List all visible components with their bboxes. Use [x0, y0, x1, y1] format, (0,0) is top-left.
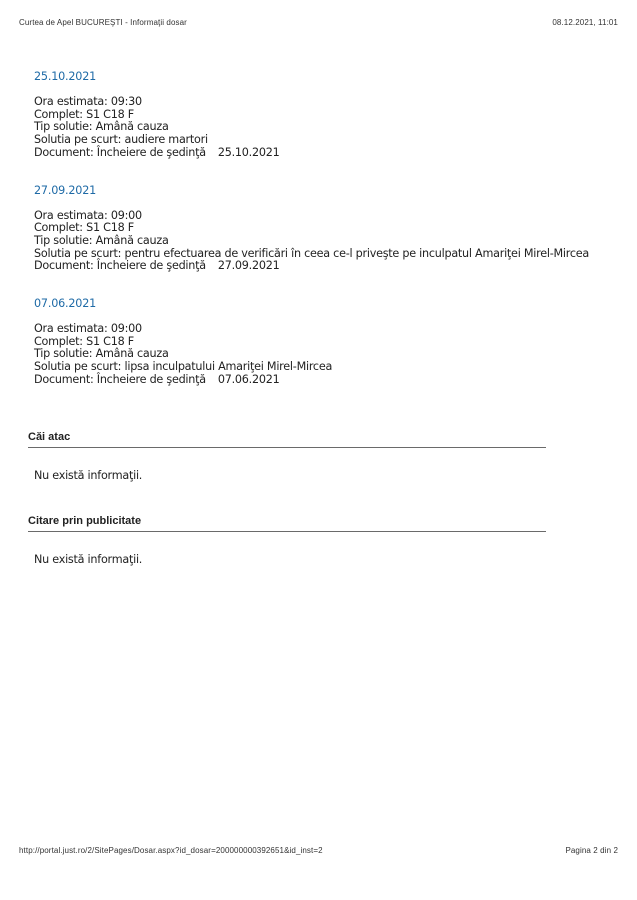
print-header-title: Curtea de Apel BUCUREŞTI - Informaţii do… [19, 18, 187, 27]
print-footer-url: http://portal.just.ro/2/SitePages/Dosar.… [19, 846, 323, 855]
session-document-date: 25.10.2021 [218, 147, 280, 160]
session-item: 07.06.2021 Ora estimata: 09:00 Complet: … [34, 297, 594, 387]
session-document-label: Document: Încheiere de şedinţă [34, 146, 206, 159]
session-ora-estimata: Ora estimata: 09:00 [34, 323, 594, 336]
section-citare-prin-publicitate: Citare prin publicitate Nu există inform… [28, 515, 546, 566]
session-document-label: Document: Încheiere de şedinţă [34, 373, 206, 386]
session-tip-solutie: Tip solutie: Amână cauza [34, 235, 594, 248]
section-title: Căi atac [28, 431, 546, 448]
print-header-datetime: 08.12.2021, 11:01 [552, 18, 618, 27]
session-document: Document: Încheiere de şedinţă07.06.2021 [34, 374, 594, 387]
session-date: 25.10.2021 [34, 70, 594, 84]
session-document-date: 07.06.2021 [218, 374, 280, 387]
section-empty-message: Nu există informaţii. [34, 553, 546, 566]
session-date: 07.06.2021 [34, 297, 594, 311]
session-document-date: 27.09.2021 [218, 260, 280, 273]
session-item: 27.09.2021 Ora estimata: 09:00 Complet: … [34, 184, 594, 274]
session-date: 27.09.2021 [34, 184, 594, 198]
print-footer-page-number: Pagina 2 din 2 [565, 846, 618, 855]
section-empty-message: Nu există informaţii. [34, 469, 546, 482]
session-ora-estimata: Ora estimata: 09:30 [34, 96, 594, 109]
section-cai-atac: Căi atac Nu există informaţii. [28, 431, 546, 482]
sessions-list: 25.10.2021 Ora estimata: 09:30 Complet: … [34, 70, 594, 411]
session-document-label: Document: Încheiere de şedinţă [34, 259, 206, 272]
section-title: Citare prin publicitate [28, 515, 546, 532]
session-document: Document: Încheiere de şedinţă27.09.2021 [34, 260, 594, 273]
session-item: 25.10.2021 Ora estimata: 09:30 Complet: … [34, 70, 594, 160]
session-document: Document: Încheiere de şedinţă25.10.2021 [34, 147, 594, 160]
